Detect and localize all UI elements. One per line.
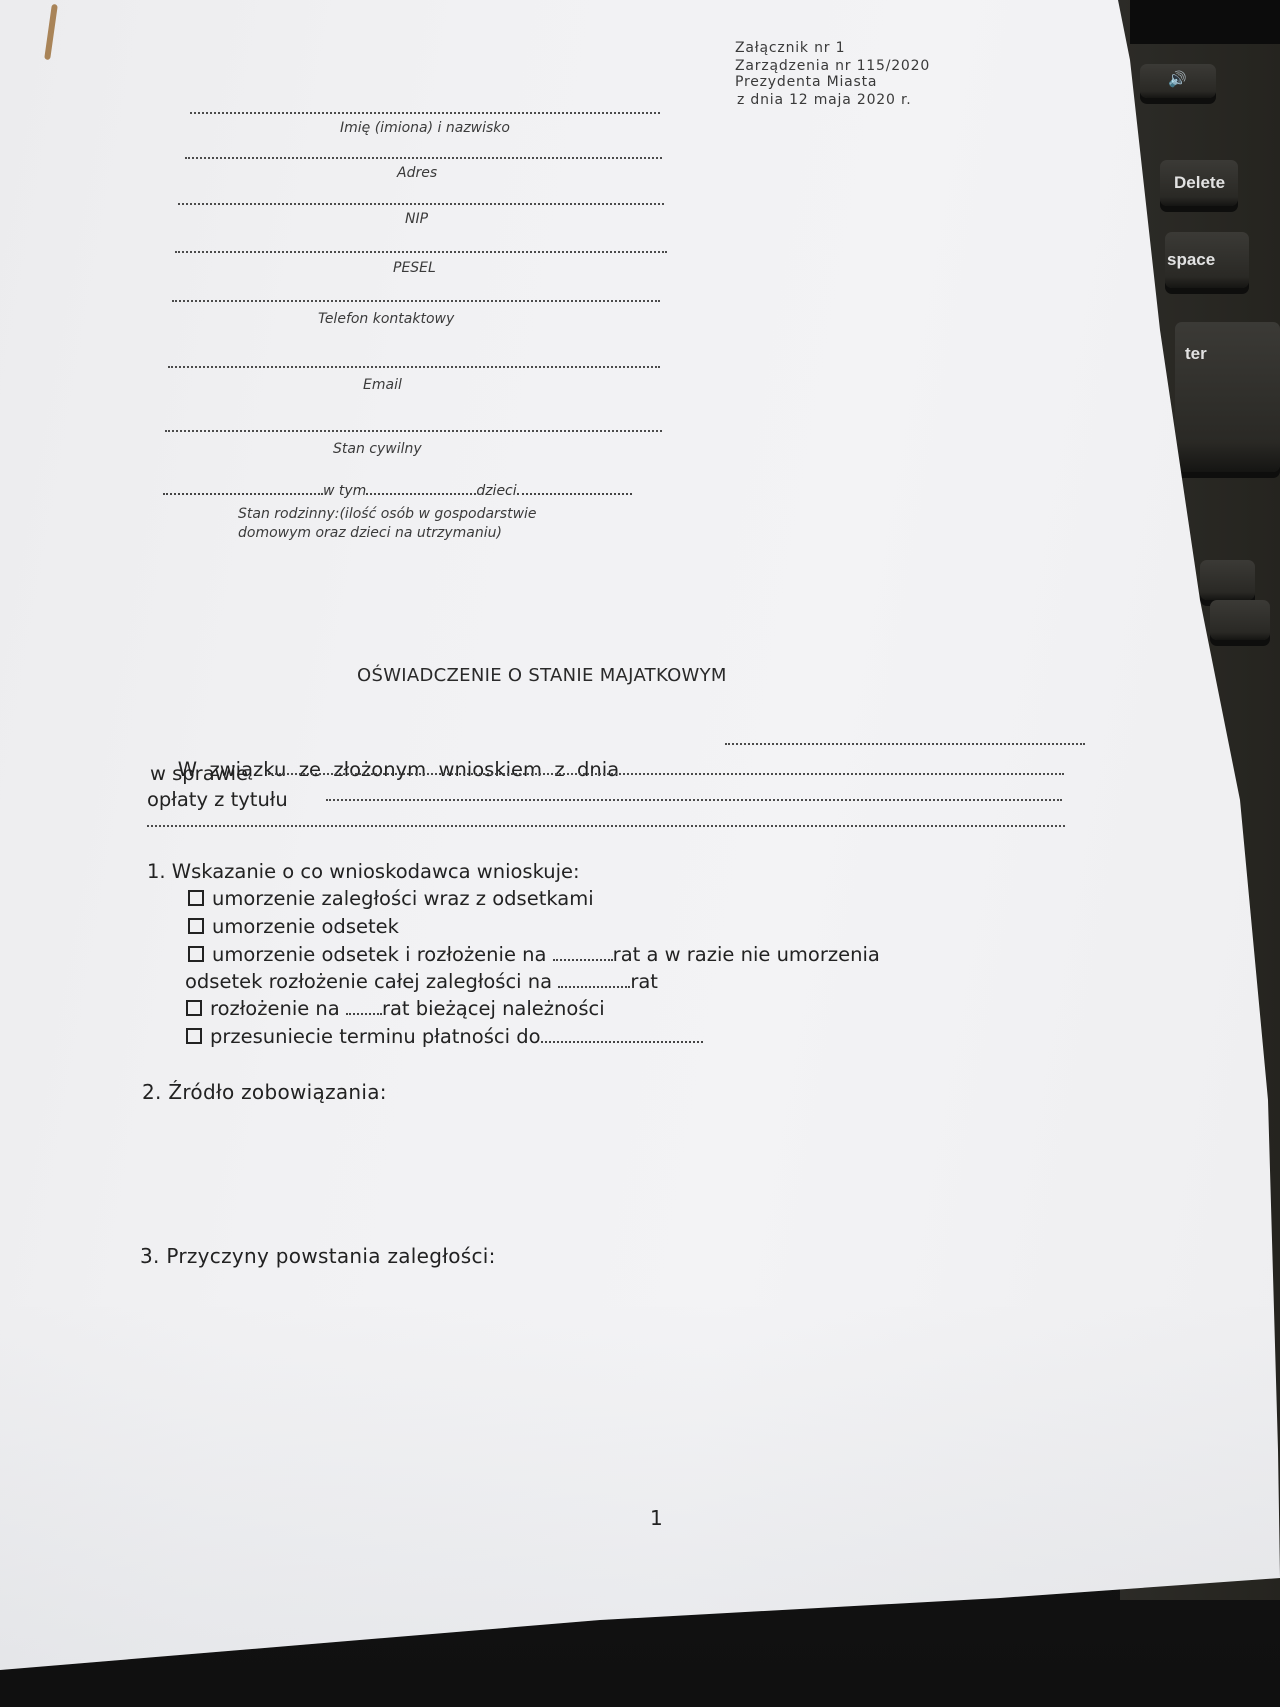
speaker-icon: 🔊 [1168, 70, 1187, 88]
enter-key: ter [1175, 322, 1280, 472]
nip-field[interactable] [178, 203, 664, 205]
option-4[interactable]: rozłożenie na rat bieżącej należności [186, 997, 605, 1020]
page-number: 1 [650, 1506, 663, 1530]
fee-title-field-continued[interactable] [147, 825, 1065, 827]
paper-sheet: Załącznik nr 1 Zarządzenia nr 115/2020 P… [0, 0, 1280, 1707]
household-count-field[interactable] [163, 493, 323, 495]
keyboard-key [1200, 560, 1255, 600]
option-1[interactable]: umorzenie zaległości wraz z odsetkami [188, 887, 594, 910]
section-3-heading: 3. Przyczyny powstania zaległości: [140, 1244, 496, 1268]
email-field[interactable] [168, 366, 660, 368]
address-label: Adres [397, 165, 437, 181]
name-field[interactable] [190, 112, 660, 114]
current-installments-field[interactable] [346, 1013, 382, 1015]
name-label: Imię (imiona) i nazwisko [340, 120, 510, 136]
family-label-line-2: domowym oraz dzieci na utrzymaniu) [238, 525, 502, 541]
address-field[interactable] [185, 157, 662, 159]
phone-field[interactable] [172, 300, 660, 302]
application-date-field[interactable] [725, 743, 1085, 745]
nip-label: NIP [405, 211, 428, 227]
fee-title-field[interactable] [326, 799, 1062, 801]
keyboard-edge [1130, 0, 1280, 44]
section-2-heading: 2. Źródło zobowiązania: [142, 1080, 387, 1104]
family-row: w tymdzieci [163, 483, 632, 499]
marital-status-label: Stan cywilny [333, 441, 422, 457]
matter-field[interactable] [268, 773, 1064, 775]
backspace-key: space [1165, 232, 1249, 288]
household-in-which-field[interactable] [366, 493, 476, 495]
payment-deadline-field[interactable] [541, 1041, 703, 1043]
section-1-heading: 1. Wskazanie o co wnioskodawca wnioskuje… [147, 860, 580, 883]
option-3[interactable]: umorzenie odsetek i rozłożenie na rat a … [188, 943, 880, 966]
checkbox[interactable] [188, 946, 204, 962]
children-count-field[interactable] [517, 493, 632, 495]
document-title: OŚWIADCZENIE O STANIE MAJATKOWYM [357, 665, 727, 686]
total-installments-field[interactable] [558, 986, 630, 988]
intro-line-3: opłaty z tytułu [147, 788, 288, 811]
delete-key: Delete [1160, 160, 1238, 206]
checkbox[interactable] [188, 890, 204, 906]
checkbox[interactable] [188, 918, 204, 934]
annex-line-1: Załącznik nr 1 [735, 41, 845, 56]
checkbox[interactable] [186, 1000, 202, 1016]
volume-key: 🔊 [1140, 64, 1216, 98]
annex-line-3: Prezydenta Miasta [735, 75, 877, 90]
phone-label: Telefon kontaktowy [318, 311, 454, 327]
pesel-field[interactable] [175, 251, 667, 253]
option-3-continuation: odsetek rozłożenie całej zaległości na r… [185, 970, 658, 993]
annex-line-4: z dnia 12 maja 2020 r. [737, 93, 911, 108]
installments-count-field[interactable] [553, 959, 613, 961]
intro-line-2: w sprawie [150, 762, 248, 785]
marital-status-field[interactable] [165, 430, 662, 432]
annex-line-2: Zarządzenia nr 115/2020 [735, 59, 930, 74]
email-label: Email [363, 377, 402, 393]
family-label-line-1: Stan rodzinny:(ilość osób w gospodarstwi… [238, 506, 537, 522]
checkbox[interactable] [186, 1028, 202, 1044]
option-2[interactable]: umorzenie odsetek [188, 915, 399, 938]
pesel-label: PESEL [393, 260, 436, 276]
option-5[interactable]: przesuniecie terminu płatności do [186, 1025, 703, 1048]
keyboard-key [1210, 600, 1270, 640]
staple [44, 4, 58, 60]
